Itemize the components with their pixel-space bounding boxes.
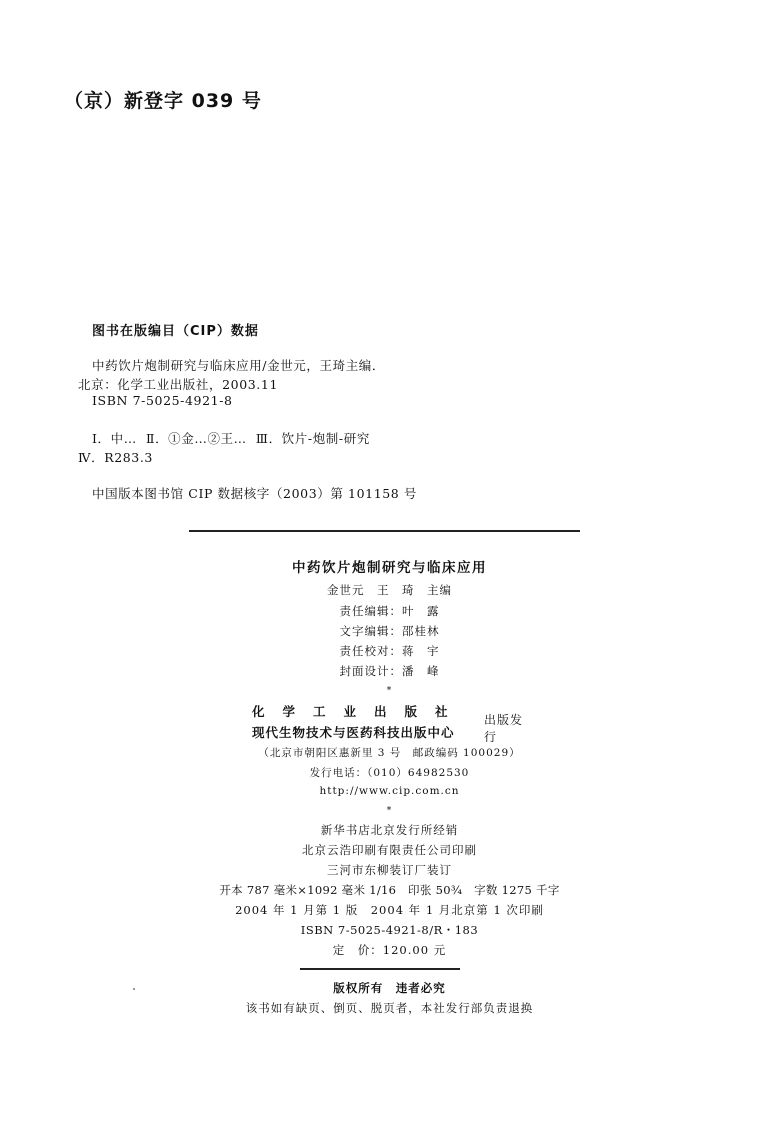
printer: 北京云浩印刷有限责任公司印刷 <box>0 842 779 858</box>
book-title: 中药饮片炮制研究与临床应用 <box>0 556 779 576</box>
copyright-notice: 版权所有 违者必究 <box>0 980 779 996</box>
text-editor: 文字编辑：邵桂林 <box>0 623 779 639</box>
return-notice: 该书如有缺页、倒页、脱页者，本社发行部负责退换 <box>0 1000 779 1016</box>
price: 定 价：120.00 元 <box>0 942 779 958</box>
distributor: 新华书店北京发行所经销 <box>0 822 779 838</box>
publisher-name-2: 现代生物技术与医药科技出版中心 <box>252 723 466 741</box>
divider-top <box>189 530 580 532</box>
website: http://www.cip.com.cn <box>0 785 779 797</box>
cip-line-1: 中药饮片炮制研究与临床应用/金世元，王琦主编． <box>92 356 385 374</box>
cip-line-5: Ⅳ．R283.3 <box>78 448 153 466</box>
scan-speck <box>133 988 135 990</box>
edition-info: 2004 年 1 月第 1 版 2004 年 1 月北京第 1 次印刷 <box>0 902 779 918</box>
distribution-phone: 发行电话：（010）64982530 <box>0 765 779 780</box>
cip-line-3: ISBN 7-5025-4921-8 <box>92 393 233 408</box>
cip-verification: 中国版本图书馆 CIP 数据核字（2003）第 101158 号 <box>92 484 417 502</box>
publisher-block: 化学工业出版社 现代生物技术与医药科技出版中心 出版发行 <box>252 702 532 742</box>
publisher-address: （北京市朝阳区惠新里 3 号 邮政编码 100029） <box>0 745 779 760</box>
cip-line-4: Ⅰ．中… Ⅱ．①金…②王… Ⅲ．饮片-炮制-研究 <box>92 429 370 447</box>
publisher-name-1: 化学工业出版社 <box>252 702 466 720</box>
separator-star-2: * <box>0 806 779 816</box>
separator-star-1: * <box>0 686 779 696</box>
cip-line-2: 北京：化学工业出版社，2003.11 <box>78 375 278 393</box>
responsible-editor: 责任编辑：叶 露 <box>0 603 779 619</box>
binder: 三河市东柳装订厂装订 <box>0 862 779 878</box>
editors: 金世元 王 琦 主编 <box>0 582 779 598</box>
publisher-role: 出版发行 <box>484 711 532 745</box>
proofreader: 责任校对：蒋 宇 <box>0 643 779 659</box>
cover-designer: 封面设计：潘 峰 <box>0 663 779 679</box>
divider-bottom <box>300 968 460 970</box>
format-info: 开本 787 毫米×1092 毫米 1/16 印张 50¾ 字数 1275 千字 <box>0 882 779 898</box>
registration-number: （京）新登字 039 号 <box>64 86 262 113</box>
cip-heading: 图书在版编目（CIP）数据 <box>92 320 259 339</box>
isbn: ISBN 7-5025-4921-8/R・183 <box>0 922 779 938</box>
